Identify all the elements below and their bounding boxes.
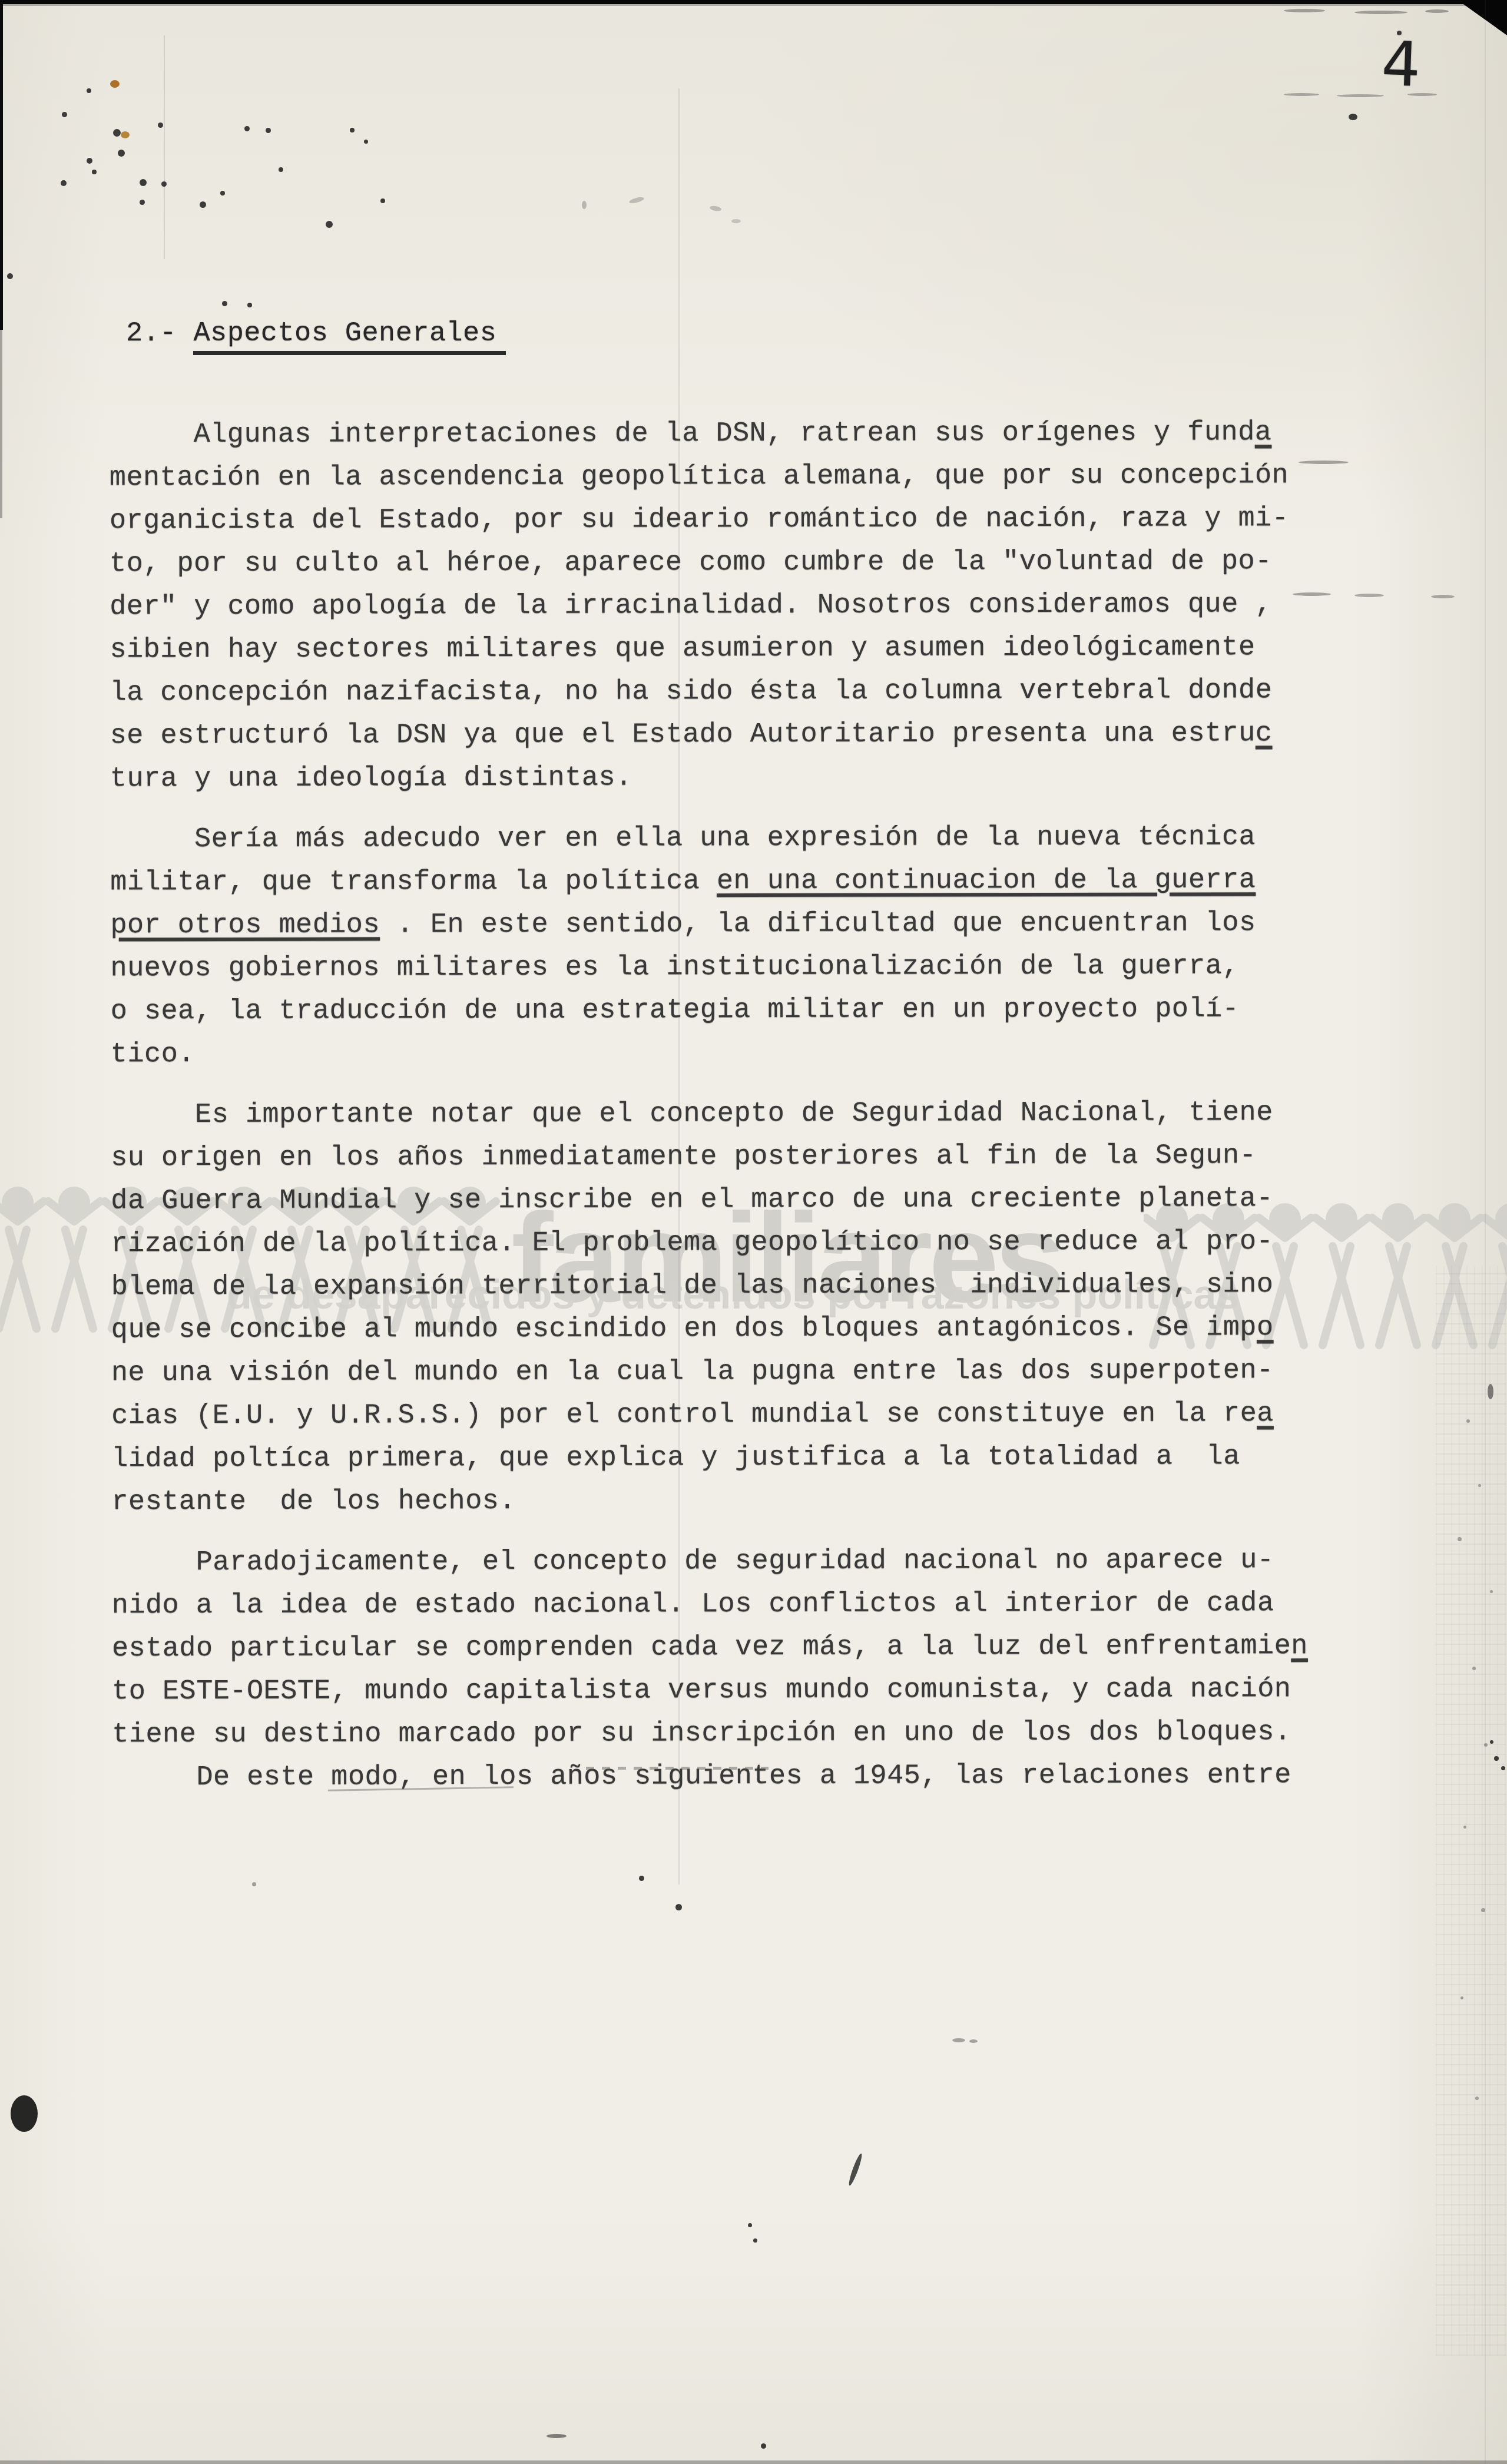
ink-speck [252, 1882, 256, 1886]
typed-line: la concepción nazifacista, no ha sido és… [110, 669, 1417, 715]
page-number: 4 [1380, 28, 1422, 101]
scan-grain-right [1436, 1266, 1506, 2356]
ink-speck [1284, 9, 1325, 12]
scan-edge-left [0, 0, 3, 330]
ink-speck [61, 180, 67, 186]
ink-speck [113, 129, 121, 137]
ink-speck [1475, 2097, 1479, 2100]
ink-speck [1354, 11, 1407, 14]
typed-line: to, por su culto al héroe, aparece como … [110, 540, 1417, 586]
smudge-dashes [586, 1767, 769, 1770]
ink-speck [220, 191, 225, 196]
ink-speck [1484, 1743, 1488, 1747]
ink-speck [222, 301, 227, 306]
ink-speck [1431, 595, 1455, 598]
typed-line: Es importante notar que el concepto de S… [111, 1091, 1418, 1137]
ink-speck [952, 2038, 965, 2042]
ink-speck [110, 80, 120, 88]
ink-speck [1488, 1384, 1493, 1399]
section-title-text: Aspectos Generales [193, 318, 506, 355]
typed-line: da Guerra Mundial y se inscribe en el ma… [111, 1177, 1418, 1223]
ink-speck [266, 128, 271, 133]
ink-speck [87, 88, 91, 93]
ink-speck [1425, 9, 1449, 13]
ink-speck [247, 303, 252, 307]
ink-speck [547, 2434, 567, 2438]
typed-line: sibien hay sectores militares que asumie… [110, 626, 1417, 672]
scan-edge-bottom [0, 2460, 1507, 2464]
ink-speck [969, 2039, 978, 2043]
ink-speck [761, 2443, 766, 2449]
ink-speck [1463, 1826, 1466, 1829]
typed-line: nuevos gobiernos militares es la institu… [110, 945, 1417, 991]
ink-speck [200, 201, 206, 208]
typed-line: nido a la idea de estado nacional. Los c… [112, 1582, 1419, 1628]
ink-speck [1299, 461, 1349, 464]
ink-speck [639, 1876, 644, 1881]
ink-speck [1407, 93, 1437, 96]
ink-speck [582, 201, 587, 209]
typed-line: su origen en los años inmediatamente pos… [111, 1134, 1418, 1180]
ink-speck [11, 2095, 38, 2132]
ink-speck [121, 131, 130, 138]
ink-speck [847, 2152, 863, 2187]
ink-speck [279, 167, 283, 172]
typed-line: rización de la política. El problema geo… [111, 1220, 1418, 1266]
typed-line: Sería más adecudo ver en ella una expres… [110, 816, 1417, 862]
typed-line: cias (E.U. y U.R.S.S.) por el control mu… [111, 1392, 1419, 1438]
ink-speck [140, 200, 145, 205]
ink-speck [350, 128, 355, 133]
ink-speck [1478, 1484, 1481, 1487]
ink-speck [92, 170, 97, 174]
typed-line: por otros medios . En este sentido, la d… [110, 902, 1417, 948]
ink-speck [675, 1904, 682, 1910]
ink-speck [1490, 1590, 1493, 1593]
typed-line: o sea, la traducción de una estrategia m… [111, 988, 1418, 1034]
typed-line: der" y como apología de la irracinalidad… [110, 583, 1417, 629]
ink-speck [244, 126, 250, 131]
ink-speck [1490, 1740, 1493, 1744]
paragraph: Es importante notar que el concepto de S… [111, 1091, 1419, 1524]
ink-speck [731, 219, 741, 223]
scan-edge-top [0, 0, 1507, 4]
typed-line: que se concibe al mundo escindido en dos… [111, 1306, 1419, 1352]
scan-corner-top-right [1458, 0, 1507, 35]
ink-speck [326, 221, 333, 228]
typed-line: tiene su destino marcado por su inscripc… [112, 1711, 1419, 1757]
ink-speck [87, 158, 92, 164]
ink-speck [709, 205, 721, 211]
scanned-page: familiares de desaparecidos y detenidos … [0, 0, 1507, 2464]
typed-line: militar, que transforma la política en u… [110, 859, 1417, 905]
ink-speck [364, 140, 368, 144]
paragraph: Paradojicamente, el concepto de segurida… [112, 1539, 1420, 1800]
ink-speck [1284, 93, 1319, 96]
ink-speck [158, 122, 163, 128]
typed-line: to ESTE-OESTE, mundo capitalista versus … [112, 1668, 1419, 1714]
typed-line: estado particular se comprenden cada vez… [112, 1625, 1419, 1671]
ink-speck [753, 2238, 757, 2243]
ink-speck [1458, 1537, 1462, 1541]
ink-speck [1349, 114, 1357, 120]
typed-line: restante de los hechos. [111, 1478, 1419, 1524]
typed-line: Algunas interpretaciones de la DSN, ratr… [110, 411, 1417, 457]
paragraph: Algunas interpretaciones de la DSN, ratr… [110, 411, 1417, 801]
typed-line: Paradojicamente, el concepto de segurida… [112, 1539, 1419, 1585]
typed-line: De este modo, en los años siguientes a 1… [112, 1754, 1419, 1800]
scan-edge-top-shadow [0, 4, 1507, 6]
section-number: 2.- [126, 318, 193, 349]
ink-speck [1466, 1419, 1470, 1423]
ink-speck [1460, 1996, 1463, 1999]
ink-speck [628, 196, 644, 204]
typed-line: se estructuró la DSN ya que el Estado Au… [110, 712, 1417, 758]
paragraph: Sería más adecudo ver en ella una expres… [110, 816, 1418, 1077]
ink-speck [1337, 94, 1384, 97]
ink-speck [1397, 31, 1402, 35]
typed-line: blema de la expansión territorial de las… [111, 1263, 1419, 1309]
ink-speck [1494, 1756, 1499, 1761]
ink-speck [1293, 592, 1331, 596]
typed-line: tico. [111, 1031, 1418, 1077]
ink-speck [748, 2223, 752, 2227]
fold-line-top-left [164, 35, 165, 259]
ink-speck [161, 181, 167, 187]
ink-speck [1501, 1766, 1505, 1770]
ink-speck [1481, 1908, 1485, 1912]
ink-speck [7, 273, 13, 279]
fold-line-center [678, 88, 680, 1885]
ink-speck [1472, 1667, 1476, 1670]
ink-speck [380, 198, 385, 203]
section-title: 2.- Aspectos Generales [126, 318, 506, 349]
typed-line: tura y una ideología distintas. [110, 755, 1417, 801]
ink-speck [140, 179, 147, 186]
typed-line: organicista del Estado, por su ideario r… [110, 497, 1417, 543]
scan-edge-left-shadow [0, 330, 2, 518]
typed-line: ne una visión del mundo en la cual la pu… [111, 1349, 1419, 1395]
ink-speck [1354, 594, 1384, 597]
ink-speck [62, 112, 67, 117]
ink-speck [118, 150, 125, 157]
typed-text: Algunas interpretaciones de la DSN, ratr… [110, 411, 1420, 1800]
typed-line: lidad poltíca primera, que explica y jus… [111, 1435, 1419, 1481]
typed-line: mentación en la ascendencia geopolítica … [110, 454, 1417, 500]
